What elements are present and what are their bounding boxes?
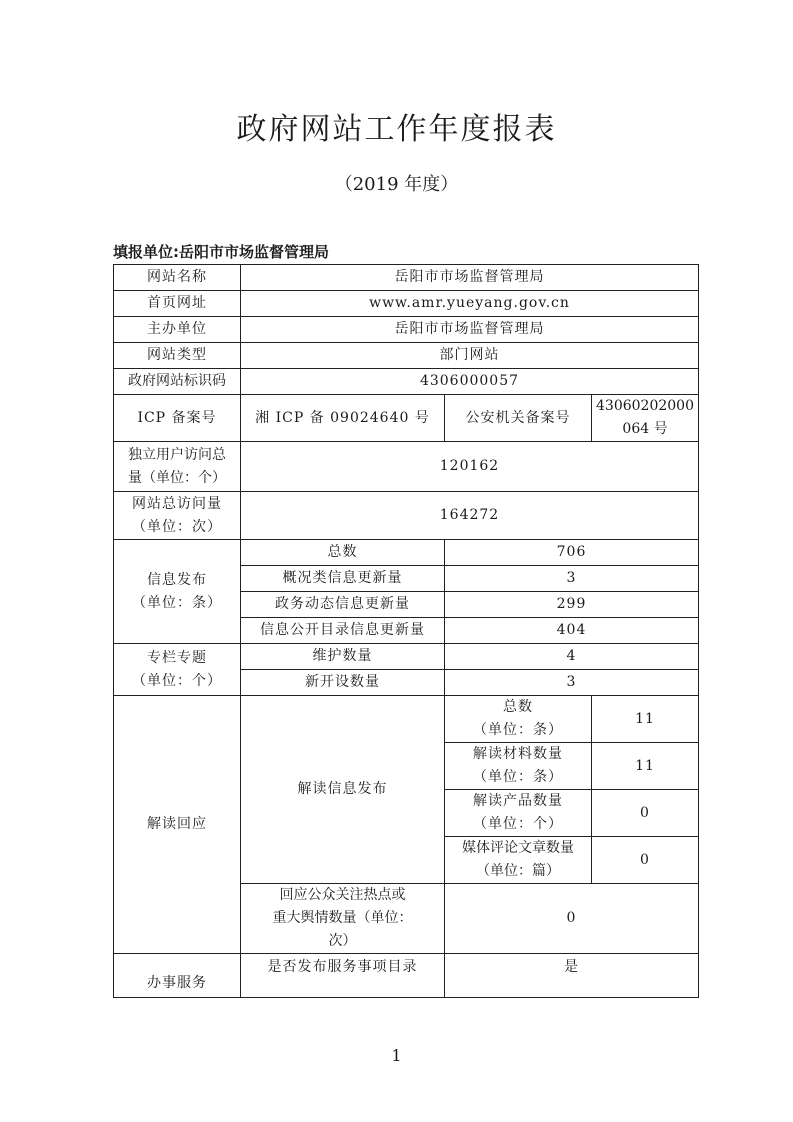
document-title: 政府网站工作年度报表 — [0, 104, 793, 148]
table-row: 独立用户访问总 量（单位：个） 120162 — [114, 442, 699, 492]
row-label: 政府网站标识码 — [114, 369, 241, 395]
row-value: 706 — [445, 540, 699, 566]
police-record-value: 43060202000 064 号 — [592, 395, 699, 442]
reporting-unit: 填报单位:岳阳市市场监督管理局 — [113, 241, 329, 262]
row-label: 政务动态信息更新量 — [241, 592, 445, 618]
report-table: 网站名称 岳阳市市场监督管理局 首页网址 www.amr.yueyang.gov… — [113, 264, 699, 998]
table-row: 网站名称 岳阳市市场监督管理局 — [114, 265, 699, 291]
row-value: 3 — [445, 670, 699, 696]
sponsor-value: 岳阳市市场监督管理局 — [241, 317, 699, 343]
info-publish-label: 信息发布 （单位：条） — [114, 540, 241, 644]
row-label: 总数 （单位：条） — [445, 696, 592, 743]
row-value: 0 — [445, 884, 699, 954]
row-label: ICP 备案号 — [114, 395, 241, 442]
row-label: 媒体评论文章数量 （单位：篇） — [445, 837, 592, 884]
table-row: 首页网址 www.amr.yueyang.gov.cn — [114, 291, 699, 317]
interpretation-publish-label: 解读信息发布 — [241, 696, 445, 884]
table-row: 网站类型 部门网站 — [114, 343, 699, 369]
total-visits-value: 164272 — [241, 492, 699, 540]
row-value: 11 — [592, 696, 699, 743]
row-value: 3 — [445, 566, 699, 592]
row-value: 404 — [445, 618, 699, 644]
row-value: 0 — [592, 837, 699, 884]
row-label: 回应公众关注热点或 重大舆情数量（单位： 次） — [241, 884, 445, 954]
police-record-label: 公安机关备案号 — [445, 395, 592, 442]
table-row: 解读回应 解读信息发布 总数 （单位：条） 11 — [114, 696, 699, 743]
icp-value: 湘 ICP 备 09024640 号 — [241, 395, 445, 442]
row-label: 解读产品数量 （单位：个） — [445, 790, 592, 837]
table-row: 政府网站标识码 4306000057 — [114, 369, 699, 395]
columns-label: 专栏专题 （单位：个） — [114, 644, 241, 696]
services-label: 办事服务 — [114, 954, 241, 998]
row-value: 11 — [592, 743, 699, 790]
row-label: 概况类信息更新量 — [241, 566, 445, 592]
site-type-value: 部门网站 — [241, 343, 699, 369]
table-row: 主办单位 岳阳市市场监督管理局 — [114, 317, 699, 343]
unique-visitors-value: 120162 — [241, 442, 699, 492]
row-value: 是 — [445, 954, 699, 998]
page-number: 1 — [0, 1046, 793, 1065]
table-row: 办事服务 是否发布服务事项目录 是 — [114, 954, 699, 998]
row-label: 独立用户访问总 量（单位：个） — [114, 442, 241, 492]
table-row: 信息发布 （单位：条） 总数 706 — [114, 540, 699, 566]
table-row: ICP 备案号 湘 ICP 备 09024640 号 公安机关备案号 43060… — [114, 395, 699, 442]
row-label: 总数 — [241, 540, 445, 566]
document-subtitle: （2019 年度） — [0, 170, 793, 196]
row-label: 网站名称 — [114, 265, 241, 291]
row-label: 信息公开目录信息更新量 — [241, 618, 445, 644]
row-label: 解读材料数量 （单位：条） — [445, 743, 592, 790]
row-label: 网站总访问量 （单位：次） — [114, 492, 241, 540]
interpretation-label: 解读回应 — [114, 696, 241, 954]
site-name-value: 岳阳市市场监督管理局 — [241, 265, 699, 291]
table-row: 专栏专题 （单位：个） 维护数量 4 — [114, 644, 699, 670]
row-value: 4 — [445, 644, 699, 670]
homepage-url-value: www.amr.yueyang.gov.cn — [241, 291, 699, 317]
row-label: 新开设数量 — [241, 670, 445, 696]
row-value: 0 — [592, 790, 699, 837]
row-label: 维护数量 — [241, 644, 445, 670]
table-row: 网站总访问量 （单位：次） 164272 — [114, 492, 699, 540]
row-label: 是否发布服务事项目录 — [241, 954, 445, 998]
row-label: 主办单位 — [114, 317, 241, 343]
row-label: 首页网址 — [114, 291, 241, 317]
row-value: 299 — [445, 592, 699, 618]
row-label: 网站类型 — [114, 343, 241, 369]
site-id-code-value: 4306000057 — [241, 369, 699, 395]
